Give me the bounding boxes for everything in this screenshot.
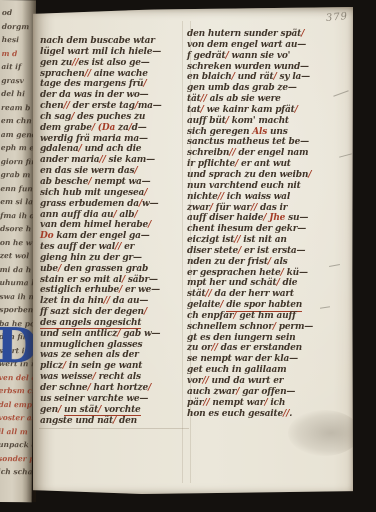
manuscript-line: sich geregen Als uns <box>187 127 353 138</box>
manuscript-line: werdig frä maria ma— <box>40 134 188 145</box>
manuscript-line: grass erbudemen da/w— <box>40 199 188 210</box>
manuscript-line: estiglich erhube/ er we— <box>40 285 188 296</box>
manuscript-line: gdalena/ und ach die <box>40 144 188 155</box>
manuscript-line: ff sazt sich der degen/ <box>40 307 188 318</box>
manuscript-line: schnellem schnor/ perm— <box>187 322 353 333</box>
manuscript-line: was weisse/ recht als <box>40 372 188 383</box>
manuscript-line: stain er so mit al/ säbr— <box>40 275 188 286</box>
manuscript-line: und sprach zu den weibn/ <box>187 170 353 181</box>
manuscript-page: 379 nach dem buscabe wtarlügel wart mil … <box>33 7 353 495</box>
manuscript-line: chent ihesum der gekr— <box>187 224 353 235</box>
manuscript-line: sanctus matheus tet be— <box>187 137 353 148</box>
manuscript-line: von dem engel wart au— <box>187 40 353 51</box>
manuscript-line: van dem himel herabe/ <box>40 220 188 231</box>
manuscript-line: vor// und da wurt er <box>187 376 353 387</box>
manuscript-line: schreken wurden wund— <box>187 62 353 73</box>
manuscript-line: und sein antlicz/ gab w— <box>40 329 188 340</box>
manuscript-line: eiczigt ist// ist nit an <box>187 235 353 246</box>
manuscript-line: plicz/ in sein ge want <box>40 361 188 372</box>
manuscript-line: ube/ den grassen grab <box>40 264 188 275</box>
manuscript-line: den hutern sunder spät/ <box>187 29 353 40</box>
manuscript-line: auff diser haide/ Jhe su— <box>187 213 353 224</box>
manuscript-line: gen zu//es ist also ge— <box>40 58 188 69</box>
manuscript-line: der da was in der wo— <box>40 90 188 101</box>
manuscript-line: lügel wart mil ich hiele— <box>40 47 188 58</box>
manuscript-line: Do kam der engel ga— <box>40 231 188 242</box>
manuscript-line: nun varchtend euch nit <box>187 181 353 192</box>
manuscript-line: pär// nempt war/ ich <box>187 398 353 409</box>
manuscript-line: stät// da der herr wart <box>187 289 353 300</box>
manuscript-line: zwar/ für war// das ir <box>187 203 353 214</box>
manuscript-line: ch enpfar/ get hm auff <box>187 311 353 322</box>
manuscript-line: se nempt war der kla— <box>187 354 353 365</box>
manuscript-line: ch sag/ des puches zu <box>40 112 188 123</box>
manuscript-line: auff büt/ kom' macht <box>187 116 353 127</box>
manuscript-line: gen/ un stät/ vorchte <box>40 405 188 416</box>
manuscript-line: diser stete/ er ist ersta— <box>187 246 353 257</box>
manuscript-line: tat/ we kainr kam pfät/ <box>187 105 353 116</box>
manuscript-line: en blaich/ und rät/ sy la— <box>187 72 353 83</box>
manuscript-line: nach dem buscabe wtar <box>40 36 188 47</box>
left-column: nach dem buscabe wtarlügel wart mil ich … <box>40 36 188 426</box>
manuscript-line: unmuglichen glasses <box>40 340 188 351</box>
manuscript-line: ander maria// sie kam— <box>40 155 188 166</box>
ink-stain <box>288 410 360 456</box>
manuscript-line: sprachen// aine wache <box>40 69 188 80</box>
manuscript-line: ir pflichte/ er ant wut <box>187 159 353 170</box>
manuscript-line: mpt her und schät/ die <box>187 278 353 289</box>
manuscript-line: zu or// das er erstanden <box>187 343 353 354</box>
manuscript-line: get euch in galilaam <box>187 365 353 376</box>
manuscript-line: er gesprachen hete/ kü— <box>187 268 353 279</box>
manuscript-line: dem grabe/ (Da za/d— <box>40 123 188 134</box>
manuscript-line: nichte// ich waiss wal <box>187 192 353 203</box>
manuscript-line: tät// als ab sie were <box>187 94 353 105</box>
manuscript-line: des angels angesicht <box>40 318 188 329</box>
manuscript-line: en das sie wern das/ <box>40 166 188 177</box>
manuscript-line: gt es den iungern sein <box>187 333 353 344</box>
manuscript-line: was ze sehen als der <box>40 350 188 361</box>
manuscript-line: ann auff dia au/ alb/ <box>40 210 188 221</box>
manuscript-line: chen// der erste tag/ma— <box>40 101 188 112</box>
manuscript-line: sich hub mit ungesea/ <box>40 188 188 199</box>
manuscript-line: schreibn// der engel nam <box>187 148 353 159</box>
manuscript-line: angste und nät/ den <box>40 416 188 427</box>
manuscript-line: tage des margens frü/ <box>40 79 188 90</box>
manuscript-line: lzet in da hin// da au— <box>40 296 188 307</box>
manuscript-line: us seiner varchte we— <box>40 394 188 405</box>
manuscript-line: auch zwar/ gar offen— <box>187 387 353 398</box>
right-column: den hutern sunder spät/von dem engel war… <box>187 29 353 419</box>
folio-number: 379 <box>326 11 349 24</box>
manuscript-line: ab besche/ nempt wa— <box>40 177 188 188</box>
manuscript-line: f gedrät/ wann sie vo' <box>187 51 353 62</box>
manuscript-line: der schne/ hart hortze/ <box>40 383 188 394</box>
manuscript-line: tes auff der wal// er <box>40 242 188 253</box>
ruling-line-horizontal <box>39 428 189 429</box>
manuscript-line: gieng hin zu der gr— <box>40 253 188 264</box>
manuscript-line: gen umb das grab ze— <box>187 83 353 94</box>
